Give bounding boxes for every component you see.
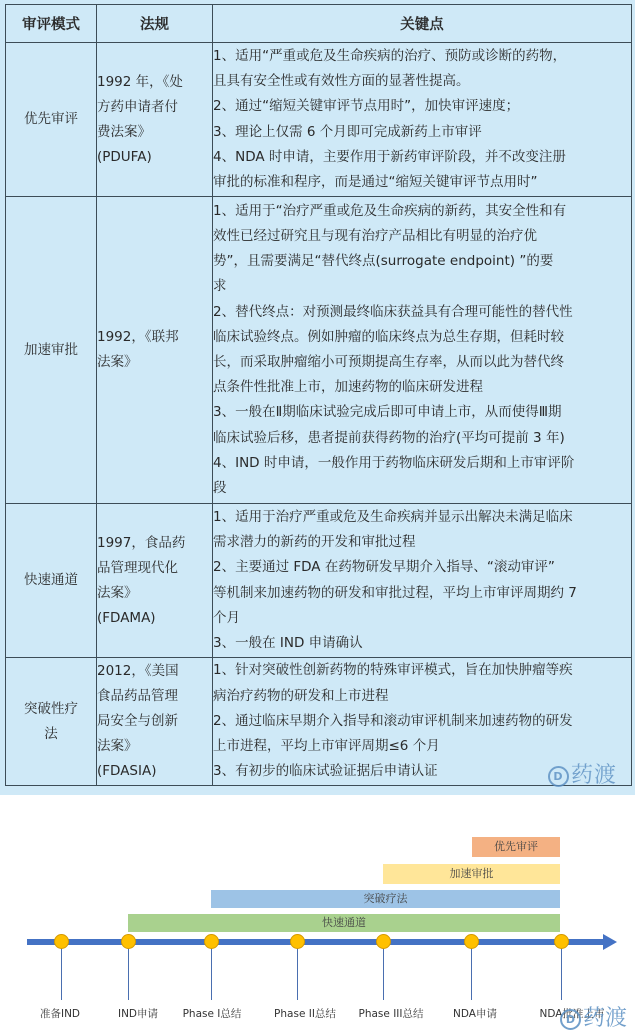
- bar-label: 优先审评: [494, 840, 538, 853]
- point-line: 1、适用于“治疗严重或危及生命疾病的新药，其安全性和有: [213, 199, 631, 224]
- milestone-stem: [383, 948, 384, 1000]
- key-points-cell: 1、适用于“治疗严重或危及生命疾病的新药，其安全性和有 效性已经过研究且与现有治…: [213, 197, 632, 504]
- point-line: 1、适用“严重或危及生命疾病的治疗、预防或诊断的药物，: [213, 44, 631, 69]
- milestone-dot: [121, 934, 136, 949]
- bar-breakthrough-therapy: 突破疗法: [211, 890, 560, 908]
- watermark-text: 药渡: [571, 763, 617, 788]
- mode-cell: 快速通道: [6, 504, 97, 658]
- mode-line: 法: [6, 722, 96, 747]
- point-line: 审批的标准和程序，而是通过“缩短关键审评节点用时”: [213, 170, 631, 195]
- point-line: 病治疗药物的研发和上市进程: [213, 684, 631, 709]
- milestone-stem: [561, 948, 562, 1000]
- law-cell: 1997，食品药 品管理现代化 法案》 (FDAMA): [97, 504, 213, 658]
- law-line: 1997，食品药: [97, 531, 212, 556]
- point-line: 2、主要通过 FDA 在药物研发早期介入指导、“滚动审评”: [213, 555, 631, 580]
- law-line: 1992，《联邦: [97, 325, 212, 350]
- review-modes-table: 审评模式 法规 关键点 优先审评 1992 年，《处 方药申请者付 费法案》 (…: [5, 4, 632, 786]
- milestone-dot: [376, 934, 391, 949]
- mode-line: 突破性疗: [6, 697, 96, 722]
- point-line: 临床试验终点。例如肿瘤的临床终点为总生存期，但耗时较: [213, 325, 631, 350]
- bar-priority-review: 优先审评: [472, 837, 560, 857]
- point-line: 1、针对突破性创新药物的特殊审评模式，旨在加快肿瘤等疾: [213, 658, 631, 683]
- law-line: 食品药品管理: [97, 684, 212, 709]
- header-law: 法规: [97, 5, 213, 43]
- mode-cell: 突破性疗 法: [6, 658, 97, 786]
- bar-label: 快速通道: [322, 916, 366, 929]
- milestone-stem: [471, 948, 472, 1000]
- milestone-label: Phase III总结: [359, 1006, 424, 1021]
- milestone-label: Phase II总结: [274, 1006, 336, 1021]
- law-cell: 1992，《联邦 法案》: [97, 197, 213, 504]
- milestone-label: NDA申请: [453, 1006, 497, 1021]
- yaodu-logo-icon: D: [560, 1009, 581, 1030]
- point-line: 长，而采取肿瘤缩小可预期提高生存率，从而以此为替代终: [213, 350, 631, 375]
- law-cell: 1992 年，《处 方药申请者付 费法案》 (PDUFA): [97, 43, 213, 197]
- point-line: 势”，且需要满足“替代终点(surrogate endpoint) ”的要: [213, 249, 631, 274]
- law-cell: 2012，《美国 食品药品管理 局安全与创新 法案》 (FDASIA): [97, 658, 213, 786]
- point-line: 3、一般在 IND 申请确认: [213, 631, 631, 656]
- watermark: D药渡: [560, 1001, 627, 1032]
- point-line: 上市进程，平均上市审评周期≤6 个月: [213, 734, 631, 759]
- table-row: 加速审批 1992，《联邦 法案》 1、适用于“治疗严重或危及生命疾病的新药，其…: [6, 197, 632, 504]
- law-line: 方药申请者付: [97, 95, 212, 120]
- milestone-dot: [54, 934, 69, 949]
- milestone-dot: [204, 934, 219, 949]
- mode-cell: 优先审评: [6, 43, 97, 197]
- law-line: 1992 年，《处: [97, 70, 212, 95]
- header-key-points: 关键点: [213, 5, 632, 43]
- law-line: (PDUFA): [97, 145, 212, 170]
- point-line: 需求潜力的新药的开发和审批过程: [213, 530, 631, 555]
- law-line: 法案》: [97, 581, 212, 606]
- milestone-stem: [61, 948, 62, 1000]
- point-line: 1、适用于治疗严重或危及生命疾病并显示出解决未满足临床: [213, 505, 631, 530]
- key-points-cell: 1、适用于治疗严重或危及生命疾病并显示出解决未满足临床 需求潜力的新药的开发和审…: [213, 504, 632, 658]
- point-line: 段: [213, 476, 631, 501]
- point-line: 2、通过临床早期介入指导和滚动审评机制来加速药物的研发: [213, 709, 631, 734]
- milestone-label: Phase I总结: [183, 1006, 242, 1021]
- milestone-label: IND申请: [118, 1006, 158, 1021]
- law-line: 法案》: [97, 350, 212, 375]
- point-line: 临床试验后移，患者提前获得药物的治疗(平均可提前 3 年): [213, 426, 631, 451]
- point-line: 等机制来加速药物的研发和审批过程，平均上市审评周期约 7: [213, 581, 631, 606]
- bar-label: 加速审批: [450, 867, 494, 880]
- timeline-axis: [27, 939, 605, 945]
- point-line: 3、一般在Ⅱ期临床试验完成后即可申请上市，从而使得Ⅲ期: [213, 400, 631, 425]
- milestone-label: 准备IND: [40, 1006, 80, 1021]
- point-line: 3、理论上仅需 6 个月即可完成新药上市审评: [213, 120, 631, 145]
- law-line: (FDAMA): [97, 606, 212, 631]
- law-line: 局安全与创新: [97, 709, 212, 734]
- watermark: D药渡: [548, 758, 617, 789]
- header-mode: 审评模式: [6, 5, 97, 43]
- law-line: 品管理现代化: [97, 556, 212, 581]
- bar-fast-track: 快速通道: [128, 914, 560, 932]
- table-row: 突破性疗 法 2012，《美国 食品药品管理 局安全与创新 法案》 (FDASI…: [6, 658, 632, 786]
- milestone-stem: [128, 948, 129, 1000]
- table-row: 快速通道 1997，食品药 品管理现代化 法案》 (FDAMA) 1、适用于治疗…: [6, 504, 632, 658]
- law-line: 费法案》: [97, 120, 212, 145]
- point-line: 4、NDA 时申请，主要作用于新药审评阶段，并不改变注册: [213, 145, 631, 170]
- mode-cell: 加速审批: [6, 197, 97, 504]
- law-line: 2012，《美国: [97, 659, 212, 684]
- point-line: 效性已经过研究且与现有治疗产品相比有明显的治疗优: [213, 224, 631, 249]
- watermark-text: 药渡: [583, 1006, 627, 1031]
- bar-label: 突破疗法: [364, 892, 408, 905]
- point-line: 点条件性批准上市，加速药物的临床研发进程: [213, 375, 631, 400]
- milestone-stem: [211, 948, 212, 1000]
- point-line: 4、IND 时申请，一般作用于药物临床研发后期和上市审评阶: [213, 451, 631, 476]
- point-line: 且具有安全性或有效性方面的显著性提高。: [213, 69, 631, 94]
- milestone-dot: [464, 934, 479, 949]
- arrow-right-icon: [603, 934, 617, 950]
- key-points-cell: 1、适用“严重或危及生命疾病的治疗、预防或诊断的药物， 且具有安全性或有效性方面…: [213, 43, 632, 197]
- point-line: 2、替代终点：对预测最终临床获益具有合理可能性的替代性: [213, 300, 631, 325]
- table-row: 优先审评 1992 年，《处 方药申请者付 费法案》 (PDUFA) 1、适用“…: [6, 43, 632, 197]
- point-line: 求: [213, 274, 631, 299]
- point-line: 个月: [213, 606, 631, 631]
- milestone-stem: [297, 948, 298, 1000]
- table-header-row: 审评模式 法规 关键点: [6, 5, 632, 43]
- yaodu-logo-icon: D: [548, 766, 569, 787]
- law-line: (FDASIA): [97, 759, 212, 784]
- bar-accelerated-approval: 加速审批: [383, 864, 560, 884]
- milestone-dot: [554, 934, 569, 949]
- law-line: 法案》: [97, 734, 212, 759]
- milestone-dot: [290, 934, 305, 949]
- point-line: 2、通过“缩短关键审评节点用时”，加快审评速度；: [213, 94, 631, 119]
